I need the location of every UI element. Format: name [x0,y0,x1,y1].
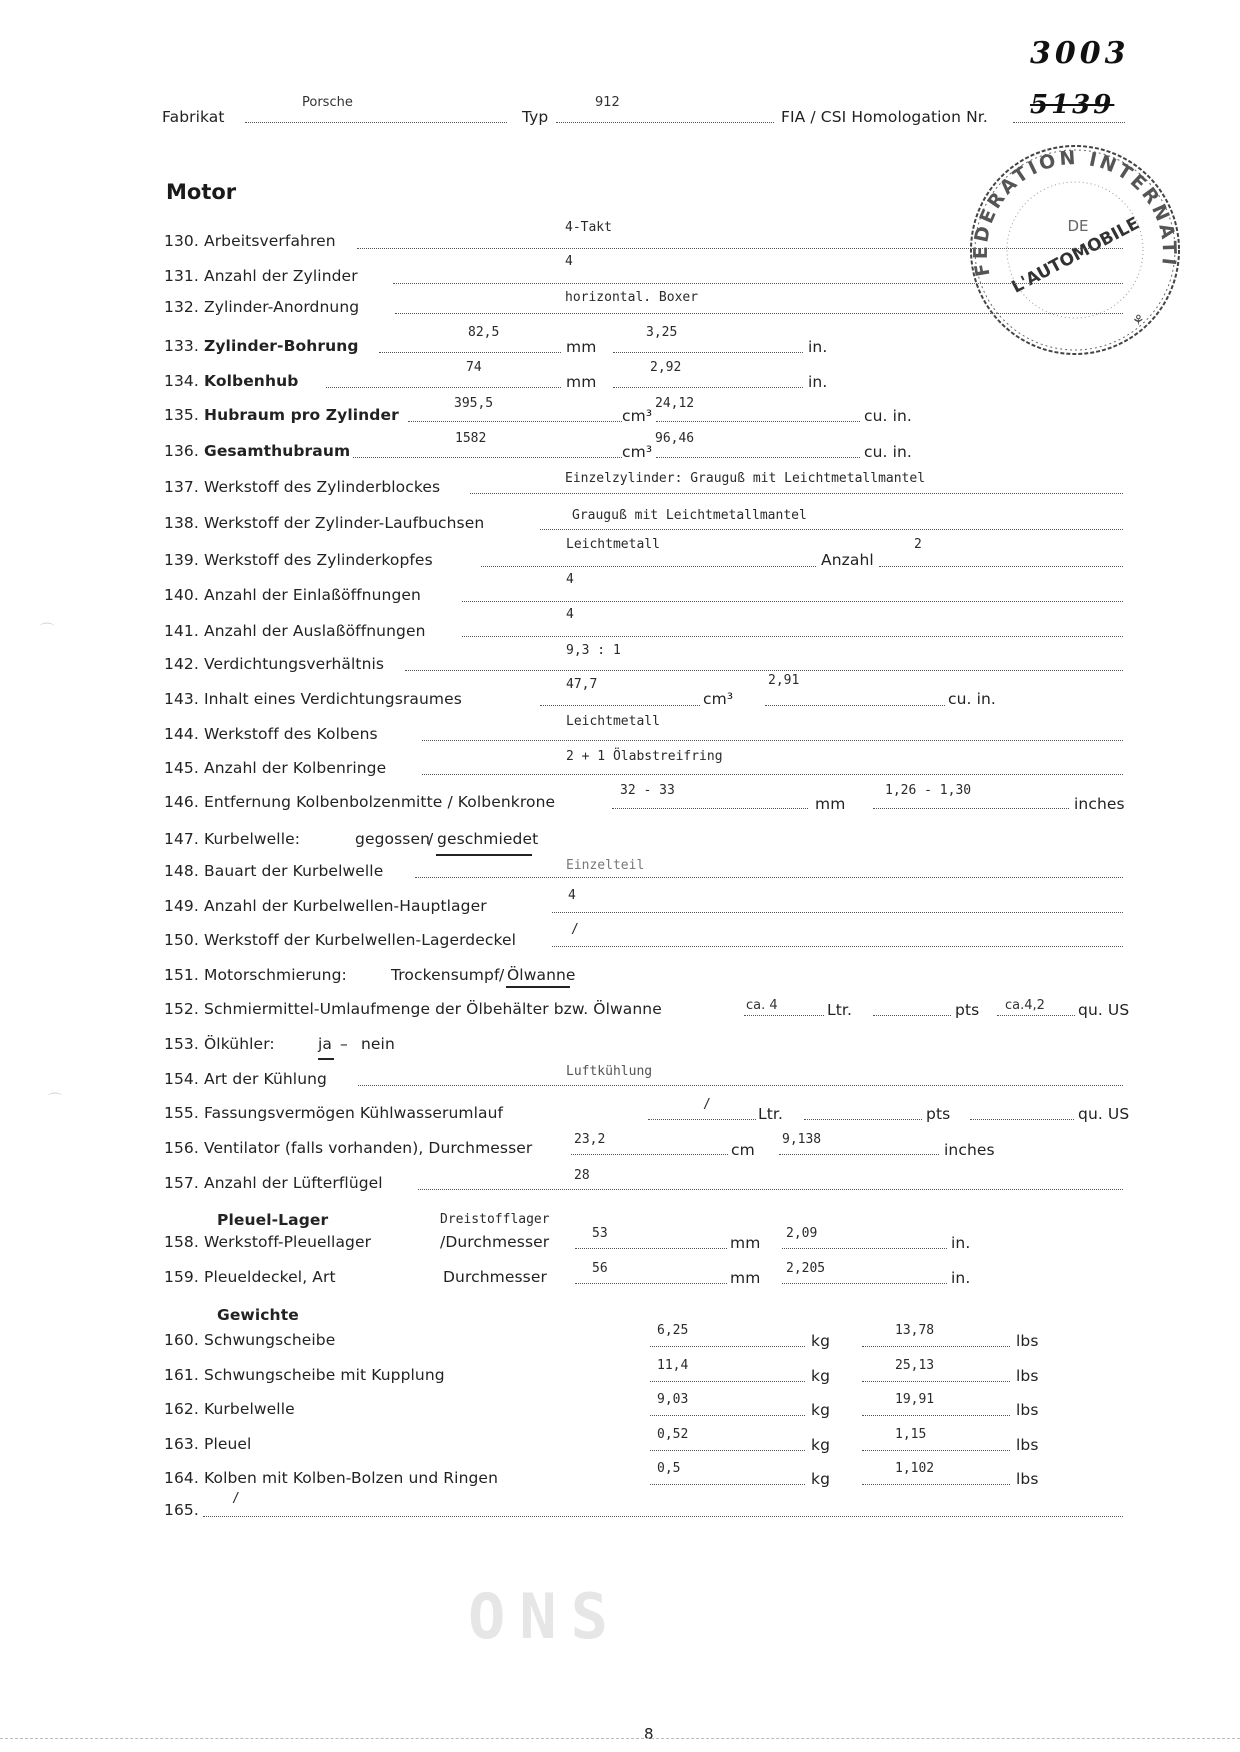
typ-value: 912 [595,95,620,110]
row-136-line-cuin [656,457,860,458]
row-133-line-in [613,352,803,353]
row-142-value: 9,3 : 1 [566,643,621,658]
weight-row-unit-lbs: lbs [1016,1367,1039,1385]
row-158-line-mm [575,1248,727,1249]
row-148-value: Einzelteil [566,858,644,873]
weight-row-value-kg: 0,5 [657,1461,680,1476]
row-141-value: 4 [566,607,574,622]
row-158-unit-mm: mm [730,1234,760,1252]
row-132-value: horizontal. Boxer [565,290,698,305]
fabrikat-value: Porsche [302,95,353,110]
row-144-line [422,740,1123,741]
row-153-option-ja: ja [318,1035,332,1053]
weight-row-label: 163.Pleuel [164,1435,251,1453]
row-156-unit-cm: cm [731,1141,755,1159]
row-156-value-inches: 9,138 [782,1132,821,1147]
weight-row-line-kg [650,1346,805,1347]
weight-row-line-lbs [862,1450,1010,1451]
row-159-label: 159.Pleueldeckel, Art [164,1268,336,1286]
weight-row-line-lbs [862,1381,1010,1382]
row-131-line [393,283,1123,284]
weight-row-label: 161.Schwungscheibe mit Kupplung [164,1366,445,1384]
weight-row-value-lbs: 19,91 [895,1392,934,1407]
homologation-label: FIA / CSI Homologation Nr. [781,108,988,126]
weight-row-label: 162.Kurbelwelle [164,1400,295,1418]
row-135-value-cuin: 24,12 [655,396,694,411]
faint-ghost-stamp: ONS [468,1580,622,1653]
row-141-label: 141.Anzahl der Auslaßöffnungen [164,622,426,640]
weight-row-line-kg [650,1450,805,1451]
row-135-label: 135.Hubraum pro Zylinder [164,406,399,424]
row-145-label: 145.Anzahl der Kolbenringe [164,759,386,777]
row-152-line-qu [997,1015,1075,1016]
row-135-line-cm3 [408,421,622,422]
stamp-middle-text: DE [1067,217,1088,235]
row-156-unit-inches: inches [944,1141,995,1159]
row-155-unit-ltr: Ltr. [758,1105,783,1123]
row-155-line-qu [970,1119,1074,1120]
row-159-value-in: 2,205 [786,1261,825,1276]
row-155-line-pts [804,1119,922,1120]
homologation-line [1013,122,1125,123]
row-147-label: 147.Kurbelwelle: [164,830,300,848]
fia-stamp-icon: FEDERATION INTERNATIONALE DE L'AUTOMOBIL… [960,135,1190,365]
row-135-unit-cm3: cm³ [622,407,652,425]
weight-row-unit-kg: kg [811,1367,830,1385]
row-151-selection-underline [506,986,570,988]
row-145-line [422,774,1123,775]
row-157-label: 157.Anzahl der Lüfterflügel [164,1174,383,1192]
row-134-unit-mm: mm [566,373,596,391]
row-151-separator: / [499,966,504,984]
weight-row-line-lbs [862,1346,1010,1347]
row-152-unit-pts: pts [955,1001,979,1019]
weight-row-line-kg [650,1415,805,1416]
row-140-value: 4 [566,572,574,587]
row-146-value-inches: 1,26 - 1,30 [885,783,971,798]
row-136-unit-cm3: cm³ [622,443,652,461]
row-144-value: Leichtmetall [566,714,660,729]
row-136-line-cm3 [353,457,622,458]
weight-row-value-kg: 9,03 [657,1392,688,1407]
row-156-value-cm: 23,2 [574,1132,605,1147]
section-title-motor: Motor [166,180,236,204]
row-138-value: Grauguß mit Leichtmetallmantel [572,508,807,523]
weight-row-label: 164.Kolben mit Kolben-Bolzen und Ringen [164,1469,498,1487]
row-138-label: 138.Werkstoff der Zylinder-Laufbuchsen [164,514,484,532]
weight-row-value-kg: 0,52 [657,1427,688,1442]
margin-mark-icon: ⌒ [40,620,54,640]
weight-row-line-kg [650,1484,805,1485]
row-136-value-cuin: 96,46 [655,431,694,446]
row-135-line-cuin [656,421,860,422]
weight-row-unit-kg: kg [811,1436,830,1454]
row-143-value-cuin: 2,91 [768,673,799,688]
row-133-value-in: 3,25 [646,325,677,340]
gewichte-section-title: Gewichte [217,1306,299,1324]
row-134-line-in [613,387,803,388]
row-132-line [395,313,1123,314]
row-133-label: 133.Zylinder-Bohrung [164,337,359,355]
row-133-value-mm: 82,5 [468,325,499,340]
row-134-value-in: 2,92 [650,360,681,375]
row-150-value: / [571,922,579,937]
row-159-line-in [782,1283,947,1284]
row-155-unit-pts: pts [926,1105,950,1123]
typ-line [556,122,774,123]
row-135-value-cm3: 395,5 [454,396,493,411]
row-155-label: 155.Fassungsvermögen Kühlwasserumlauf [164,1104,503,1122]
row-142-line [405,670,1123,671]
weight-row-line-kg [650,1381,805,1382]
weight-row-value-lbs: 1,15 [895,1427,926,1442]
row-143-line-cuin [765,705,945,706]
row-159-value-mm: 56 [592,1261,608,1276]
row-143-unit-cm3: cm³ [703,690,733,708]
row-152-value-ltr: ca. 4 [746,998,778,1013]
row-130-value: 4-Takt [565,220,612,235]
row-146-unit-inches: inches [1074,795,1125,813]
row-136-unit-cuin: cu. in. [864,443,912,461]
handwritten-form-number: 3003 [1030,36,1130,71]
weight-row-unit-kg: kg [811,1470,830,1488]
row-134-unit-in: in. [808,373,827,391]
scan-edge-rule [0,1738,1240,1739]
row-143-line-cm3 [540,705,700,706]
weight-row-unit-lbs: lbs [1016,1401,1039,1419]
row-155-unit-qu: qu. US [1078,1105,1129,1123]
row-154-label: 154.Art der Kühlung [164,1070,327,1088]
row-158-typed-material: Dreistofflager [440,1212,550,1227]
row-153-option-nein: nein [361,1035,395,1053]
row-158-value-mm: 53 [592,1226,608,1241]
fabrikat-line [245,122,507,123]
row-149-value: 4 [568,888,576,903]
row-147-option-gegossen: gegossen [355,830,430,848]
row-133-unit-mm: mm [566,338,596,356]
weight-row-value-lbs: 1,102 [895,1461,934,1476]
row-140-line [462,601,1123,602]
row-134-label: 134.Kolbenhub [164,372,298,390]
pleuel-section-title: Pleuel-Lager [217,1211,328,1229]
row-137-label: 137.Werkstoff des Zylinderblockes [164,478,440,496]
weight-row-value-kg: 11,4 [657,1358,688,1373]
weight-row-line-lbs [862,1415,1010,1416]
weight-row-unit-lbs: lbs [1016,1436,1039,1454]
row-134-line-mm [326,387,561,388]
weight-row-value-lbs: 13,78 [895,1323,934,1338]
row-152-unit-qu: qu. US [1078,1001,1129,1019]
row-146-unit-mm: mm [815,795,845,813]
row-139-value: Leichtmetall [566,537,660,552]
row-136-label: 136.Gesamthubraum [164,442,350,460]
row-153-selection-underline [318,1058,334,1060]
typ-label: Typ [522,108,548,126]
homologation-number-struck: 5139 [1030,90,1114,120]
weight-row-unit-kg: kg [811,1401,830,1419]
row-159-sublabel: Durchmesser [443,1268,547,1286]
row-140-label: 140.Anzahl der Einlaßöffnungen [164,586,421,604]
row-152-label: 152.Schmiermittel-Umlaufmenge der Ölbehä… [164,1000,662,1018]
row-147-option-geschmiedet: geschmiedet [437,830,538,848]
row-152-unit-ltr: Ltr. [827,1001,852,1019]
row-159-line-mm [575,1283,727,1284]
row-139-label: 139.Werkstoff des Zylinderkopfes [164,551,433,569]
row-151-option-olwanne: Ölwanne [507,966,576,984]
row-143-value-cm3: 47,7 [566,677,597,692]
weight-row-unit-kg: kg [811,1332,830,1350]
row-149-label: 149.Anzahl der Kurbelwellen-Hauptlager [164,897,487,915]
row-165-value: / [232,1491,240,1506]
row-130-line [357,248,1123,249]
row-154-value: Luftkühlung [566,1064,652,1079]
row-139-anzahl-line [879,566,1123,567]
row-156-label: 156.Ventilator (falls vorhanden), Durchm… [164,1139,532,1157]
row-146-line-inches [873,808,1069,809]
row-158-label: 158.Werkstoff-Pleuellager [164,1233,371,1251]
row-158-sublabel: /Durchmesser [440,1233,549,1251]
row-139-anzahl-value: 2 [914,537,922,552]
row-131-value: 4 [565,254,573,269]
weight-row-value-lbs: 25,13 [895,1358,934,1373]
row-165-label: 165. [164,1501,204,1519]
row-157-value: 28 [574,1168,590,1183]
weight-row-label: 160.Schwungscheibe [164,1331,335,1349]
weight-row-line-lbs [862,1484,1010,1485]
row-143-unit-cuin: cu. in. [948,690,996,708]
row-165-line [203,1516,1123,1517]
row-157-line [418,1189,1123,1190]
row-139-anzahl-label: Anzahl [821,551,874,569]
page-number: 8 [644,1725,654,1743]
row-150-label: 150.Werkstoff der Kurbelwellen-Lagerdeck… [164,931,516,949]
row-147-selection-underline [436,854,532,856]
row-158-value-in: 2,09 [786,1226,817,1241]
row-146-label: 146.Entfernung Kolbenbolzenmitte / Kolbe… [164,793,555,811]
row-147-separator: / [428,830,433,848]
row-156-line-cm [571,1154,728,1155]
row-152-value-qu: ca.4,2 [1005,998,1045,1013]
row-131-label: 131.Anzahl der Zylinder [164,267,358,285]
row-149-line [552,912,1123,913]
row-159-unit-mm: mm [730,1269,760,1287]
row-158-unit-in: in. [951,1234,970,1252]
row-137-line [470,493,1123,494]
row-130-label: 130.Arbeitsverfahren [164,232,336,250]
row-133-line-mm [379,352,561,353]
row-143-label: 143.Inhalt eines Verdichtungsraumes [164,690,462,708]
row-151-label: 151.Motorschmierung: [164,966,347,984]
homologation-form-page: 3003 Fabrikat Porsche Typ 912 FIA / CSI … [0,0,1240,1752]
row-148-label: 148.Bauart der Kurbelwelle [164,862,383,880]
row-148-line [415,877,1123,878]
row-138-line [540,529,1123,530]
row-146-line-mm [612,808,808,809]
row-153-label: 153.Ölkühler: [164,1035,275,1053]
row-139-line [481,566,816,567]
row-158-line-in [782,1248,947,1249]
svg-text:⚘: ⚘ [1132,313,1145,329]
weight-row-unit-lbs: lbs [1016,1470,1039,1488]
row-135-unit-cuin: cu. in. [864,407,912,425]
row-142-label: 142.Verdichtungsverhältnis [164,655,384,673]
row-134-value-mm: 74 [466,360,482,375]
row-144-label: 144.Werkstoff des Kolbens [164,725,378,743]
row-151-option-trockensumpf: Trockensumpf [391,966,500,984]
row-145-value: 2 + 1 Ölabstreifring [566,749,723,764]
row-152-line-ltr [744,1015,824,1016]
weight-row-unit-lbs: lbs [1016,1332,1039,1350]
row-146-value-mm: 32 - 33 [620,783,675,798]
row-141-line [462,636,1123,637]
row-153-separator: – [340,1035,348,1053]
fabrikat-label: Fabrikat [162,108,225,126]
row-159-unit-in: in. [951,1269,970,1287]
weight-row-value-kg: 6,25 [657,1323,688,1338]
row-133-unit-in: in. [808,338,827,356]
row-150-line [552,946,1123,947]
row-136-value-cm3: 1582 [455,431,486,446]
row-154-line [358,1085,1123,1086]
row-152-line-pts [873,1015,951,1016]
row-155-line-ltr [648,1119,756,1120]
margin-mark-icon: ⌒ [48,1090,62,1110]
row-156-line-inches [779,1154,939,1155]
row-132-label: 132.Zylinder-Anordnung [164,298,359,316]
row-155-value-ltr: / [703,1097,711,1112]
row-137-value: Einzelzylinder: Grauguß mit Leichtmetall… [565,471,925,486]
